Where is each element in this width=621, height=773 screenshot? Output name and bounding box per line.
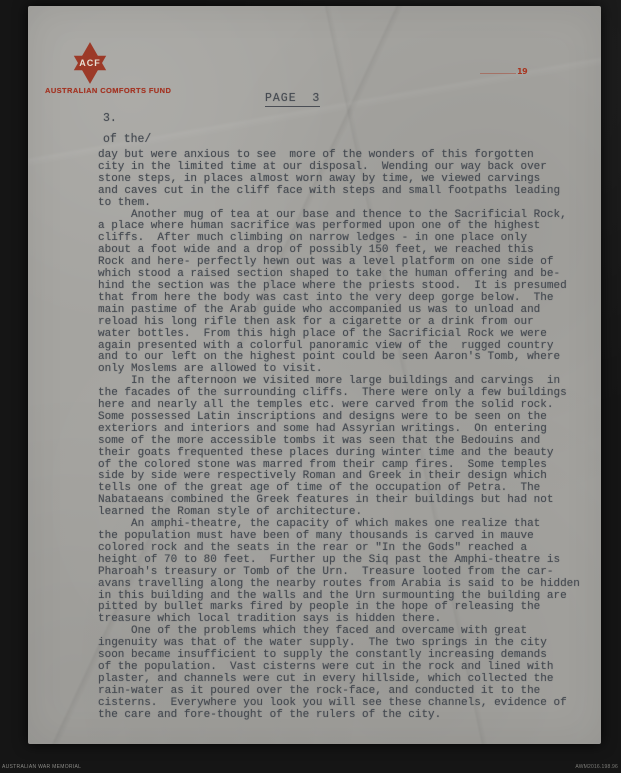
scanned-document-photo: { "archive": { "bottom_left_label": "AUS… [0,0,621,773]
acf-initials: ACF [72,58,108,68]
awm-archive-label-right: AWM2016.198.96 [575,764,618,770]
catchword: of the/ [103,133,151,146]
red-rule-line [480,73,516,74]
letter-page: ACF AUSTRALIAN COMFORTS FUND 19 PAGE 3 3… [28,6,601,744]
page-header: PAGE 3 [265,92,320,107]
awm-archive-label-left: AUSTRALIAN WAR MEMORIAL [2,764,81,770]
typed-body-text: day but were anxious to see more of the … [98,150,590,722]
red-page-marker: 19 [517,67,527,76]
org-name-label: AUSTRALIAN COMFORTS FUND [45,86,225,95]
page-number: 3. [103,112,117,125]
acf-star-logo: ACF [72,41,108,85]
